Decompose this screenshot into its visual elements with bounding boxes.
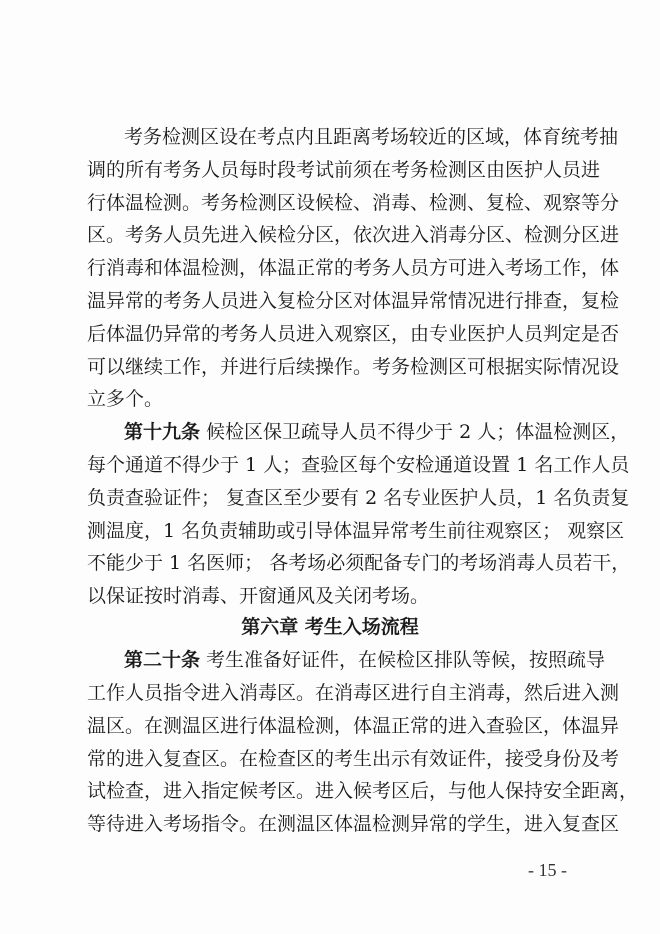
- text-span: 候检区保卫疏导人员不得少于 2 人；体温检测区，: [200, 421, 629, 443]
- text-line: 温异常的考务人员进入复检分区对体温异常情况进行排查，复检: [87, 286, 577, 316]
- text-line: 试检查，进入指定候考区。进入候考区后，与他人保持安全距离，: [87, 776, 577, 806]
- text-line: 温区。在测温区进行体温检测，体温正常的进入查验区，体温异: [87, 711, 577, 741]
- text-line: 可以继续工作，并进行后续操作。考务检测区可根据实际情况设: [87, 352, 577, 382]
- article-label: 第二十条: [124, 649, 200, 671]
- text-line: 区。考务人员先进入候检分区，依次进入消毒分区、检测分区进: [87, 220, 577, 250]
- text-span: 考生准备好证件，在候检区排队等候，按照疏导: [200, 649, 605, 671]
- document-page: 考务检测区设在考点内且距离考场较近的区域，体育统考抽 调的所有考务人员每时段考试…: [0, 0, 660, 934]
- text-line: 常的进入复查区。在检查区的考生出示有效证件，接受身份及考: [87, 744, 577, 774]
- article-20-first-line: 第二十条 考生准备好证件，在候检区排队等候，按照疏导: [124, 645, 577, 675]
- text-line: 每个通道不得少于 1 人；查验区每个安检通道设置 1 名工作人员: [87, 450, 577, 480]
- text-line: 立多个。: [87, 384, 577, 414]
- article-19-first-line: 第十九条 候检区保卫疏导人员不得少于 2 人；体温检测区，: [124, 417, 577, 447]
- text-line: 工作人员指令进入消毒区。在消毒区进行自主消毒，然后进入测: [87, 678, 577, 708]
- text-line: 不能少于 1 名医师； 各考场必须配备专门的考场消毒人员若干，: [87, 548, 577, 578]
- text-line: 等待进入考场指令。在测温区体温检测异常的学生，进入复查区: [87, 809, 577, 839]
- text-line: 行消毒和体温检测，体温正常的考务人员方可进入考场工作，体: [87, 253, 577, 283]
- text-line: 以保证按时消毒、开窗通风及关闭考场。: [87, 581, 577, 611]
- page-number: - 15 -: [528, 858, 567, 882]
- text-line: 测温度，1 名负责辅助或引导体温异常考生前往观察区； 观察区: [87, 516, 577, 546]
- text-line: 考务检测区设在考点内且距离考场较近的区域，体育统考抽: [124, 122, 577, 152]
- text-line: 调的所有考务人员每时段考试前须在考务检测区由医护人员进: [87, 155, 577, 185]
- text-line: 后体温仍异常的考务人员进入观察区，由专业医护人员判定是否: [87, 319, 577, 349]
- article-label: 第十九条: [124, 421, 200, 443]
- text-line: 行体温检测。考务检测区设候检、消毒、检测、复检、观察等分: [87, 188, 577, 218]
- chapter-heading: 第六章 考生入场流程: [0, 612, 660, 642]
- text-line: 负责查验证件； 复查区至少要有 2 名专业医护人员，1 名负责复: [87, 483, 577, 513]
